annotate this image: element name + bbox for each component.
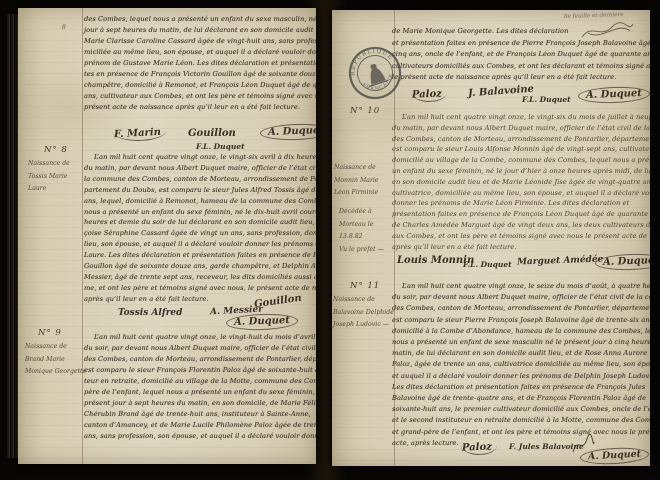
act-number-9: N° 9 (38, 328, 62, 338)
manuscript-line: du matin, par devant nous Albert Duquet … (84, 163, 316, 174)
manuscript-line: miciliée au même lieu, son épouse, et au… (84, 47, 316, 58)
margin-note-act10: Naissance deMonnin MarieLéon Firminie (334, 162, 379, 200)
manuscript-line: jour à sept heures du matin, de lui décl… (84, 25, 316, 36)
signature-fl-duquet-3: F.L. Duquet (463, 260, 512, 269)
manuscript-act11: L’an mil huit cent quatre vingt onze, le… (392, 281, 644, 449)
margin-note-line: Décédée à (339, 206, 384, 219)
manuscript-line: L’an mil huit cent quatre vingt onze, le… (402, 281, 644, 292)
manuscript-line: cinq ans, oncle de l’enfant, et de Franç… (392, 49, 644, 61)
signature-tossis: Tossis Alfred (118, 308, 182, 318)
manuscript-line: domicilié au village de la Combe, commun… (392, 155, 644, 166)
margin-note-line: Morteau le (339, 219, 384, 232)
manuscript-line: des Combes, canton de Morteau, arrondiss… (84, 354, 316, 365)
margin-note-line: Balavoine Delphide (333, 307, 394, 320)
right-page: 8e feuille et dernière RÉPUBLIQUE FRANÇA… (332, 10, 650, 466)
act-number-10: N° 10 (350, 106, 380, 116)
manuscript-line: nous a présenté un enfant de sexe mascul… (392, 337, 644, 348)
manuscript-line: soixante-huit ans, le premier cultivateu… (392, 404, 644, 415)
manuscript-line: L’an mil huit cent quatre vingt onze, le… (402, 112, 644, 123)
manuscript-line: Laure. Les dites déclaration et présenta… (84, 250, 316, 261)
manuscript-line: teur en retraite, domicilié au village d… (84, 376, 316, 387)
manuscript-line: présent jour à sept heures du matin, en … (84, 398, 316, 409)
manuscript-act8: L’an mil huit cent quatre vingt onze, le… (84, 152, 316, 305)
margin-note-act9: Naissance deBrand MarieMonique Georgette (25, 341, 86, 379)
margin-note-line: Tossis Marie (28, 171, 70, 184)
manuscript-line: des Combes, lequel nous a présenté un en… (84, 14, 316, 25)
manuscript-line: partement du Doubs, est comparu le sieur… (84, 185, 316, 196)
manuscript-line: cultivatrice, domiciliée au même lieu, s… (392, 188, 644, 199)
manuscript-line: Gouillon âgé de soixante douze ans, gard… (84, 261, 316, 272)
margin-note-line: Naissance de (28, 158, 70, 171)
manuscript-line: aux Combes, et ont les père et témoins s… (392, 231, 644, 242)
manuscript-line: domicilié à la Combe d’Abondance, hameau… (392, 326, 644, 337)
manuscript-line: de Charles Amédée Marguet âgé de vingt d… (392, 220, 644, 231)
margin-note-line: Joseph Ludovic — (333, 319, 394, 332)
manuscript-line: père de l’enfant, lequel nous a présenté… (84, 387, 316, 398)
manuscript-line: tes en présence de François Victorin Gou… (84, 69, 316, 80)
margin-note-line: Naissance de (333, 294, 394, 307)
signature-paloz-2: Paloz (460, 441, 497, 455)
manuscript-line: me, et ont les père et témoins signé ave… (84, 283, 316, 294)
manuscript-line: ans, lequel, domicilié à Remonot, hameau… (84, 196, 316, 207)
manuscript-line: Chérubin Brand âgé de trente-huit ans, i… (84, 409, 316, 420)
signature-duquet-maire-3: A. Duquet (578, 86, 650, 105)
manuscript-act9: L’an mil huit cent quatre vingt onze, le… (84, 332, 316, 442)
margin-note-line: Laure (28, 183, 70, 196)
manuscript-line: présentation faites en présence de Franç… (392, 209, 644, 220)
manuscript-act9-continued: de Marie Monique Georgette. Les dites dé… (392, 26, 644, 84)
margin-note-line: Léon Firminie (334, 187, 379, 200)
manuscript-line: et auquel il a déclaré vouloir donner le… (392, 371, 644, 382)
manuscript-line: des Combes, canton de Morteau, arrondiss… (392, 134, 644, 145)
left-page: 8 des Combes, lequel nous a présenté un … (18, 8, 316, 464)
left-margin-rule (82, 8, 83, 464)
manuscript-line: heures et demie du soir de lui déclarant… (84, 217, 316, 228)
manuscript-line: du soir, par devant nous Albert Duquet m… (84, 343, 316, 354)
manuscript-line: et présentation faites en présence de Pi… (392, 38, 644, 50)
manuscript-line: est comparu le sieur Pierre François Jos… (392, 315, 644, 326)
margin-note-line: Vu le préfet — (339, 244, 384, 257)
manuscript-line: et le second instituteur en retraite dom… (392, 415, 644, 426)
margin-death-note-act10: Décédée àMorteau le13.8.82Vu le préfet — (339, 206, 384, 256)
manuscript-line: ans, cultivateur aux Combes, et ont les … (84, 91, 316, 102)
manuscript-line: ans, sans profession, son épouse, et auq… (84, 431, 316, 442)
signature-duquet-maire: A. Duquet (260, 123, 316, 142)
manuscript-line: des Combes, canton de Morteau, arrondiss… (392, 303, 644, 314)
manuscript-line: prénom de Gustave Marie Léon. Les dites … (84, 58, 316, 69)
manuscript-line: Marie Clarisse Caroline Cassard âgée de … (84, 36, 316, 47)
manuscript-line: matin, de lui déclarant en son domicile … (392, 348, 644, 359)
manuscript-line: L’an mil huit cent quatre vingt onze, le… (94, 152, 316, 163)
manuscript-line: du matin, par devant nous Albert Duquet … (392, 123, 644, 134)
signature-paloz: Paloz (410, 88, 447, 102)
margin-note-line: Naissance de (25, 341, 86, 354)
manuscript-act10: L’an mil huit cent quatre vingt onze, le… (392, 112, 644, 252)
manuscript-line: Messier, âgé de trente sept ans, receveu… (84, 272, 316, 283)
manuscript-line: est comparu le sieur Louis Alfonse Monni… (392, 144, 644, 155)
signature-marin: F. Marin (112, 127, 167, 143)
manuscript-line: Les dites déclaration et présentation fa… (392, 382, 644, 393)
act-number-11: N° 11 (350, 281, 380, 291)
manuscript-line: de Marie Monique Georgette. Les dites dé… (392, 26, 644, 38)
scanned-register-spread: 8 des Combes, lequel nous a présenté un … (0, 0, 660, 480)
manuscript-line: Balavoine âgé de trente-quatre ans, et d… (392, 393, 644, 404)
manuscript-line: cultivateurs domiciliés aux Combes, et o… (392, 61, 644, 73)
margin-note-line: 13.8.82 (339, 231, 384, 244)
manuscript-line: le présent acte de naissance après qu’il… (392, 72, 644, 84)
signature-marguet: Marguet Amédée (517, 254, 604, 267)
manuscript-line: et grand-père de l’enfant, et ont les pè… (392, 427, 644, 438)
signature-gouillon: Gouillon (188, 128, 236, 139)
manuscript-act-prev-end: des Combes, lequel nous a présenté un en… (84, 14, 316, 113)
manuscript-line: un enfant du sexe féminin, né le jour d’… (392, 166, 644, 177)
margin-note-line: Monnin Marie (334, 175, 379, 188)
manuscript-line: lieu, son épouse, et auquel il a déclaré… (84, 239, 316, 250)
manuscript-line: la commune des Combes, canton de Morteau… (84, 174, 316, 185)
manuscript-line: L’an mil huit cent quatre vingt onze, le… (94, 332, 316, 343)
margin-note-line: Brand Marie (25, 354, 86, 367)
manuscript-line: donner les prénoms de Marie Léon Firmini… (392, 198, 644, 209)
signature-fl-duquet: F.L. Duquet (196, 142, 245, 151)
page-number: 8 (62, 24, 66, 31)
book-page-edges (7, 14, 18, 458)
manuscript-line: est comparu le sieur François Florentin … (84, 365, 316, 376)
manuscript-line: Paloz, âgée de trente un ans, cultivatri… (392, 359, 644, 370)
signature-fl-duquet-2: F.L. Duquet (522, 95, 571, 104)
margin-note-line: Naissance de (334, 162, 379, 175)
manuscript-line: champêtre, domicilié à Remonot, et Franç… (84, 80, 316, 91)
margin-note-line: Monique Georgette (25, 366, 86, 379)
act-number-8: N° 8 (44, 145, 68, 155)
manuscript-line: nous a présenté un enfant du sexe fémini… (84, 207, 316, 218)
manuscript-line: du soir, par devant nous Albert Duquet m… (392, 292, 644, 303)
manuscript-line: présent acte de naissance après qu’il le… (84, 102, 316, 113)
manuscript-line: après qu’il leur en a été fait lecture. (392, 242, 644, 253)
margin-note-act11: Naissance deBalavoine DelphideJoseph Lud… (333, 294, 394, 332)
margin-note-act8: Naissance deTossis MarieLaure (28, 158, 70, 196)
manuscript-line: çoise Séraphine Cassard âgée de vingt un… (84, 228, 316, 239)
manuscript-line: en son domicile audit lieu et de Marie L… (392, 177, 644, 188)
manuscript-line: canton d’Amancey, et de Marie Lucile Phi… (84, 420, 316, 431)
